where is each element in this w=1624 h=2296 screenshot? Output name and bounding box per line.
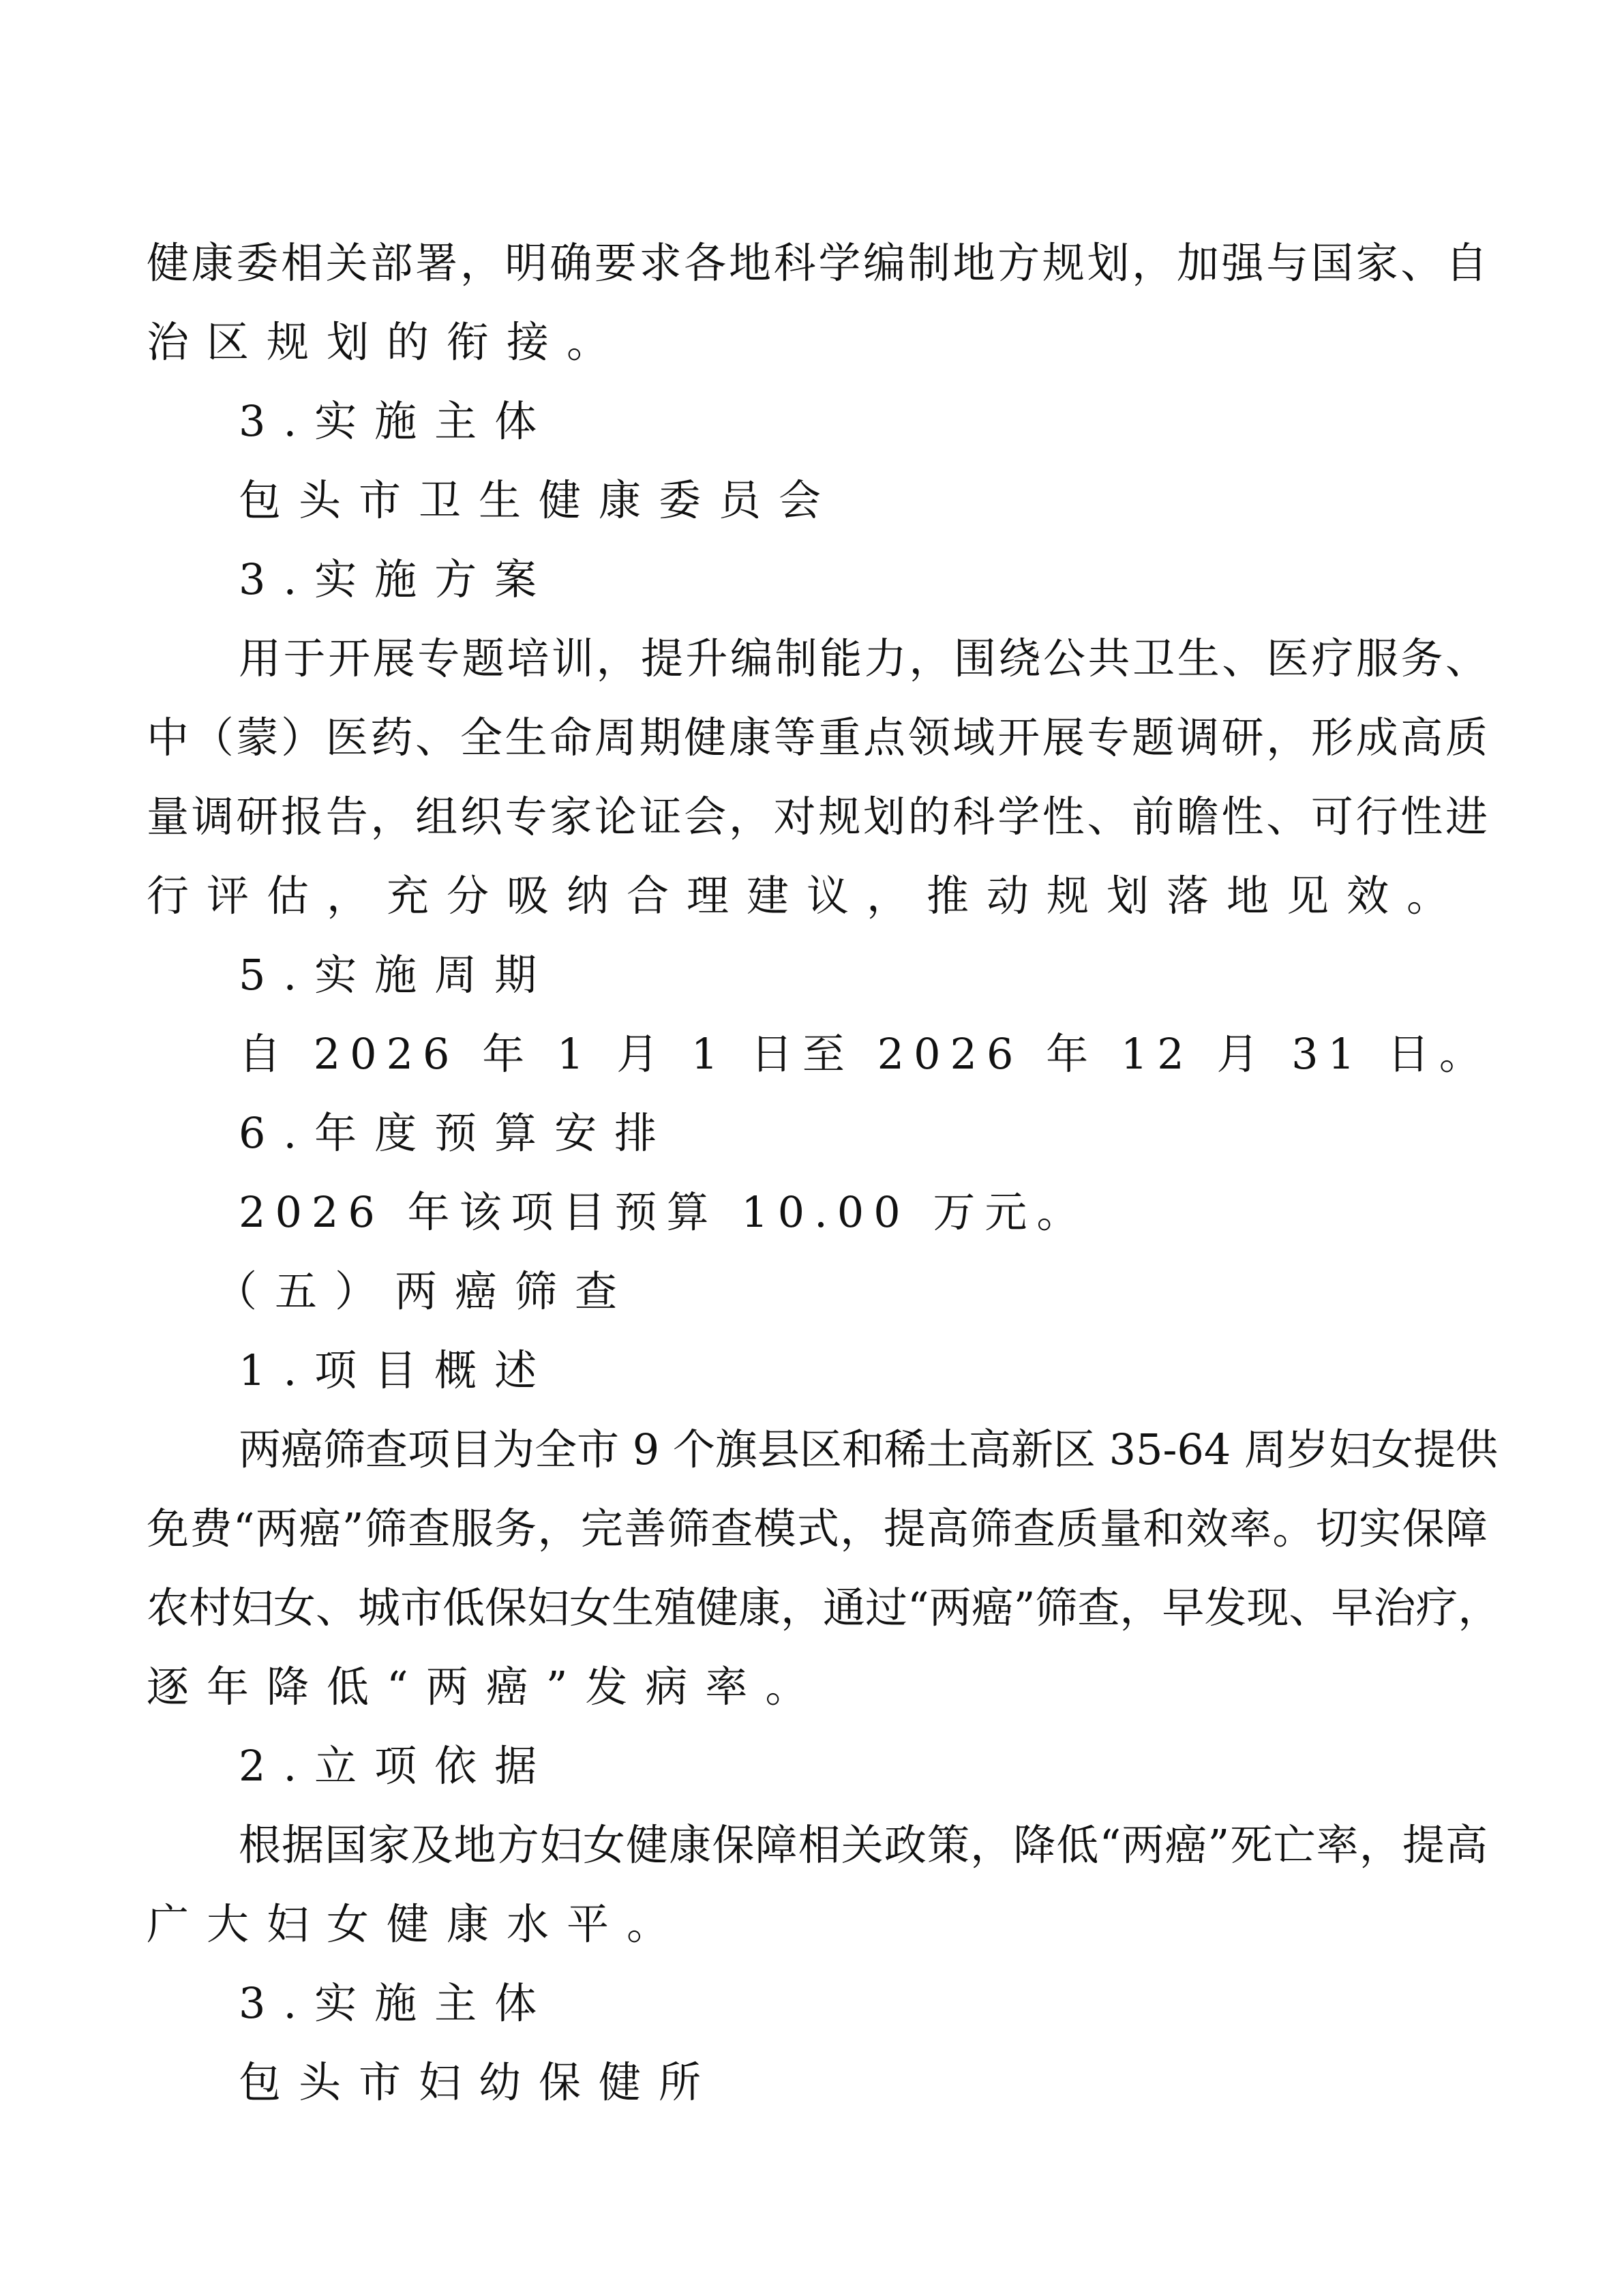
body-text-line: 用于开展专题培训，提升编制能力，围绕公共卫生、医疗服务、 (147, 627, 1488, 706)
subheading-implementing-entity: 3.实施主体 (147, 390, 1488, 469)
subheading-project-overview: 1.项目概述 (147, 1339, 1488, 1418)
subheading-implementation-period: 5.实施周期 (147, 944, 1488, 1023)
body-text-line: 逐年降低“两癌”发病率。 (147, 1656, 1488, 1735)
body-text-line: 免费“两癌”筛查服务，完善筛查模式，提高筛查质量和效率。切实保障 (147, 1497, 1488, 1577)
subheading-implementation-plan: 3.实施方案 (147, 548, 1488, 627)
body-text-line: 包头市妇幼保健所 (147, 2051, 1488, 2130)
body-text-line: 包头市卫生健康委员会 (147, 469, 1488, 548)
subheading-annual-budget: 6.年度预算安排 (147, 1102, 1488, 1181)
body-text-line: 广大妇女健康水平。 (147, 1893, 1488, 1972)
subheading-implementing-entity: 3.实施主体 (147, 1972, 1488, 2051)
body-text-line: 农村妇女、城市低保妇女生殖健康，通过“两癌”筛查，早发现、早治疗， (147, 1577, 1488, 1656)
body-text-line: 中（蒙）医药、全生命周期健康等重点领域开展专题调研，形成高质 (147, 706, 1488, 786)
body-text-line: 健康委相关部署，明确要求各地科学编制地方规划，加强与国家、自 (147, 232, 1488, 311)
body-text-line: 量调研报告，组织专家论证会，对规划的科学性、前瞻性、可行性进 (147, 786, 1488, 865)
body-text-line: 2026 年该项目预算 10.00 万元。 (147, 1181, 1488, 1260)
document-page: 健康委相关部署，明确要求各地科学编制地方规划，加强与国家、自 治区规划的衔接。 … (147, 232, 1488, 2130)
body-text-line: 治区规划的衔接。 (147, 311, 1488, 390)
body-text-line: 自 2026 年 1 月 1 日至 2026 年 12 月 31 日。 (147, 1023, 1488, 1102)
body-text-line: 行评估，充分吸纳合理建议，推动规划落地见效。 (147, 865, 1488, 944)
body-text-line: 根据国家及地方妇女健康保障相关政策，降低“两癌”死亡率，提高 (147, 1814, 1488, 1893)
body-text-line: 两癌筛查项目为全市 9 个旗县区和稀土高新区 35-64 周岁妇女提供 (147, 1418, 1488, 1497)
section-heading-two-cancer-screening: （五）两癌筛查 (147, 1260, 1488, 1339)
subheading-project-basis: 2.立项依据 (147, 1735, 1488, 1814)
